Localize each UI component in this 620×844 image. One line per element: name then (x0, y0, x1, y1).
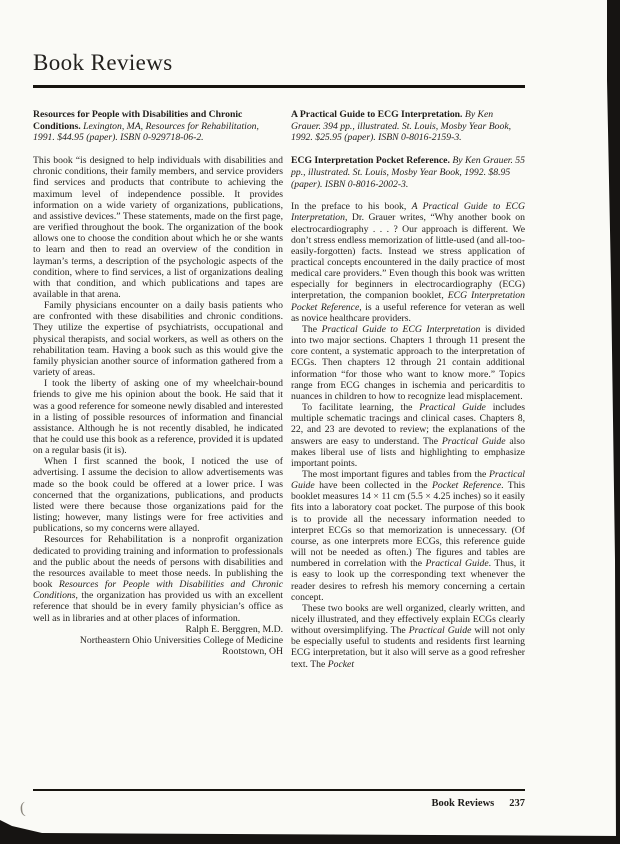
footer-page-number: 237 (509, 798, 525, 809)
signature-line: Ralph E. Berggren, M.D. (33, 624, 283, 635)
review-paragraph: To facilitate learning, the Practical Gu… (291, 402, 525, 469)
column-1: Resources for People with Disabilities a… (33, 109, 283, 670)
column-2: A Practical Guide to ECG Interpretation.… (291, 109, 525, 670)
review-paragraph: Family physicians encounter on a daily b… (33, 300, 283, 378)
review-paragraph: Resources for Rehabilitation is a nonpro… (33, 534, 283, 623)
text-segment: Practical Guide (442, 436, 506, 447)
text-segment: I took the liberty of asking one of my w… (33, 378, 283, 456)
page-footer: Book Reviews237 (33, 789, 525, 809)
text-segment: The (302, 324, 322, 335)
text-segment: Pocket (328, 659, 354, 670)
signature-line: Northeastern Ohio Universities College o… (33, 635, 283, 646)
scan-edge-bottom (0, 820, 620, 844)
text-segment: A Practical Guide to ECG Interpretation. (291, 109, 462, 120)
review-paragraph: The most important figures and tables fr… (291, 469, 525, 603)
footer-text: Book Reviews237 (33, 798, 525, 809)
title-rule (33, 85, 525, 88)
review-paragraph: The Practical Guide to ECG Interpretatio… (291, 324, 525, 402)
text-segment: Practical Guide (409, 625, 472, 636)
text-segment: To facilitate learning, the (302, 402, 419, 413)
reviewer-signature: Ralph E. Berggren, M.D.Northeastern Ohio… (33, 624, 283, 658)
review-paragraph: When I first scanned the book, I noticed… (33, 456, 283, 534)
text-segment: is divided into two major sections. Chap… (291, 324, 525, 402)
text-segment: Pocket Reference (432, 480, 501, 491)
columns: Resources for People with Disabilities a… (33, 109, 525, 670)
text-segment: In the preface to his book, (291, 201, 412, 212)
text-segment: , Dr. Grauer writes, “Why another book o… (291, 212, 525, 301)
review-paragraph: In the preface to his book, A Practical … (291, 201, 525, 324)
scan-pen-mark: ( (19, 800, 26, 818)
text-segment: have been collected in the (315, 480, 432, 491)
text-segment: ECG Interpretation Pocket Reference. (291, 155, 450, 166)
text-segment: Practical Guide (426, 558, 489, 569)
review-paragraph: This book “is designed to help individua… (33, 155, 283, 300)
review-paragraph: These two books are well organized, clea… (291, 603, 525, 670)
text-segment: When I first scanned the book, I noticed… (33, 456, 283, 534)
text-segment: . This booklet measures 14 × 11 cm (5.5 … (291, 480, 525, 569)
text-segment: Family physicians encounter on a daily b… (33, 300, 283, 378)
text-segment: Practical Guide (419, 402, 486, 413)
footer-rule (33, 789, 525, 791)
book-citation: ECG Interpretation Pocket Reference. By … (291, 155, 525, 190)
page-title: Book Reviews (33, 50, 525, 76)
text-segment: This book “is designed to help individua… (33, 155, 283, 300)
book-citation: A Practical Guide to ECG Interpretation.… (291, 109, 525, 144)
page-content: Book Reviews Resources for People with D… (33, 50, 525, 670)
book-citation: Resources for People with Disabilities a… (33, 109, 283, 144)
scan-edge-right (607, 0, 620, 844)
review-paragraph: I took the liberty of asking one of my w… (33, 378, 283, 456)
text-segment: The most important figures and tables fr… (302, 469, 489, 480)
scanned-journal-page: Book Reviews Resources for People with D… (0, 0, 620, 844)
signature-line: Rootstown, OH (33, 646, 283, 657)
text-segment: Practical Guide to ECG Interpretation (322, 324, 481, 335)
footer-section-label: Book Reviews (432, 798, 495, 809)
